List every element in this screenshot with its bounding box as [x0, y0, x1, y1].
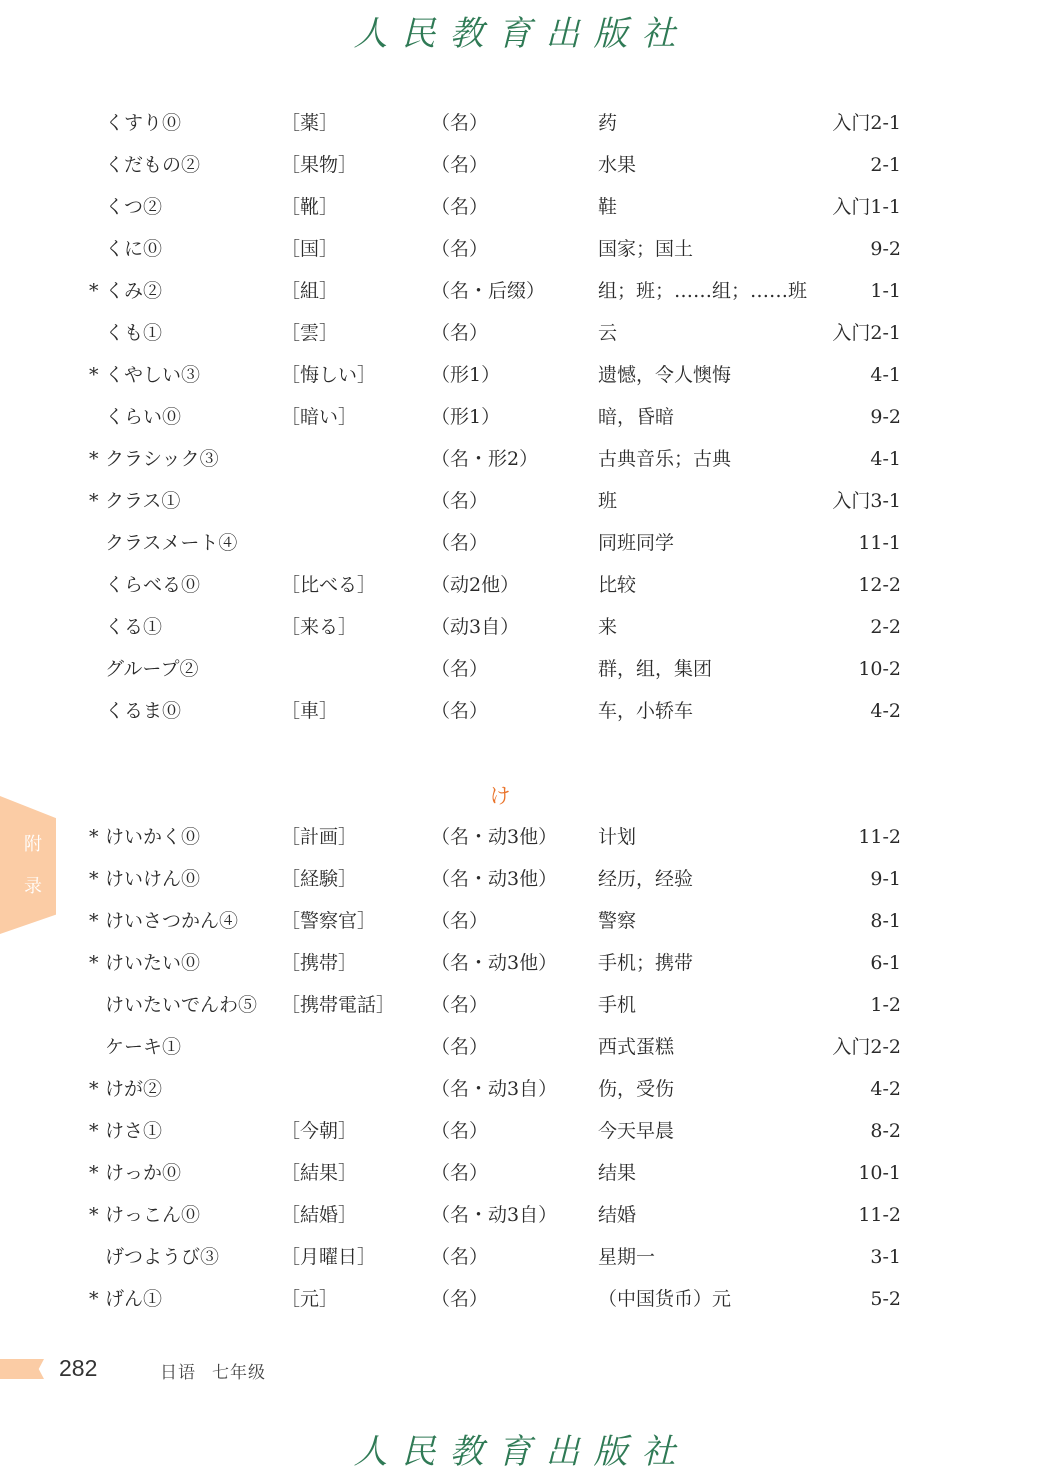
vocab-lesson: 3-1 — [870, 1236, 901, 1278]
vocab-row: *けいたい⓪［携帯］（名・动3他）手机；携带6-1 — [0, 942, 1043, 984]
vocab-kana: クラスメート④ — [105, 522, 237, 564]
vocab-meaning: 水果 — [598, 144, 636, 186]
vocab-meaning: 伤，受伤 — [598, 1068, 674, 1110]
vocab-lesson: 11-2 — [858, 1194, 901, 1236]
vocab-row: くらべる⓪［比べる］（动2他）比较12-2 — [0, 564, 1043, 606]
vocab-pos: （名） — [431, 1152, 488, 1194]
vocab-lesson: 入门2-1 — [832, 102, 901, 144]
book-title: 日语七年级 — [160, 1358, 266, 1383]
vocab-star: * — [89, 480, 105, 522]
vocab-kanji: ［経験］ — [281, 858, 357, 900]
vocab-kana: けいさつかん④ — [105, 900, 238, 942]
vocab-meaning: 古典音乐；古典 — [598, 438, 731, 480]
vocab-kana: けが② — [105, 1068, 162, 1110]
vocab-meaning: 计划 — [598, 816, 636, 858]
vocab-pos: （名） — [431, 1026, 488, 1068]
vocab-meaning: 结果 — [598, 1152, 636, 1194]
vocab-pos: （名） — [431, 480, 488, 522]
vocab-lesson: 10-2 — [858, 648, 901, 690]
vocab-kanji: ［車］ — [281, 690, 338, 732]
vocab-pos: （名・后缀） — [431, 270, 545, 312]
vocab-lesson: 6-1 — [870, 942, 901, 984]
vocab-pos: （名） — [431, 900, 488, 942]
vocab-lesson: 1-2 — [870, 984, 901, 1026]
vocab-kana: くらべる⓪ — [105, 564, 200, 606]
vocab-lesson: 11-1 — [858, 522, 901, 564]
vocab-lesson: 9-2 — [870, 228, 901, 270]
vocab-pos: （名・形2） — [431, 438, 538, 480]
vocab-meaning: 云 — [598, 312, 617, 354]
vocab-kanji: ［組］ — [281, 270, 338, 312]
vocab-row: *クラス①（名）班入门3-1 — [0, 480, 1043, 522]
vocab-lesson: 10-1 — [858, 1152, 901, 1194]
vocab-kana: くる① — [105, 606, 162, 648]
vocab-row: くつ②［靴］（名）鞋入门1-1 — [0, 186, 1043, 228]
vocab-kanji: ［元］ — [281, 1278, 338, 1320]
vocab-kana: けっか⓪ — [105, 1152, 181, 1194]
subject-label: 日语 — [160, 1363, 196, 1383]
vocab-lesson: 8-2 — [870, 1110, 901, 1152]
vocab-lesson: 8-1 — [870, 900, 901, 942]
vocab-kanji: ［暗い］ — [281, 396, 357, 438]
vocab-kana: グループ② — [105, 648, 198, 690]
vocab-lesson: 入门2-2 — [832, 1026, 901, 1068]
vocab-pos: （名） — [431, 102, 488, 144]
vocab-kanji: ［雲］ — [281, 312, 338, 354]
vocab-row: *けいさつかん④［警察官］（名）警察8-1 — [0, 900, 1043, 942]
vocab-kanji: ［靴］ — [281, 186, 338, 228]
vocab-pos: （动3自） — [431, 606, 519, 648]
vocab-row: くすり⓪［薬］（名）药入门2-1 — [0, 102, 1043, 144]
vocab-star: * — [89, 858, 105, 900]
vocab-pos: （名） — [431, 984, 488, 1026]
vocab-kana: クラス① — [105, 480, 180, 522]
vocab-row: クラスメート④（名）同班同学11-1 — [0, 522, 1043, 564]
vocab-meaning: 遗憾，令人懊悔 — [598, 354, 731, 396]
vocab-lesson: 9-1 — [870, 858, 901, 900]
vocab-meaning: 星期一 — [598, 1236, 655, 1278]
vocab-kanji: ［結果］ — [281, 1152, 357, 1194]
vocab-kana: けっこん⓪ — [105, 1194, 200, 1236]
vocab-kanji: ［携帯］ — [281, 942, 357, 984]
vocab-kanji: ［結婚］ — [281, 1194, 357, 1236]
vocab-pos: （名） — [431, 690, 488, 732]
vocab-kana: くるま⓪ — [105, 690, 181, 732]
vocab-pos: （名） — [431, 186, 488, 228]
vocab-lesson: 4-1 — [870, 438, 901, 480]
vocab-meaning: 班 — [598, 480, 617, 522]
vocab-lesson: 1-1 — [870, 270, 901, 312]
vocab-kana: くつ② — [105, 186, 162, 228]
vocab-pos: （名・动3他） — [431, 858, 557, 900]
vocab-pos: （名） — [431, 1278, 488, 1320]
vocab-row: *けっか⓪［結果］（名）结果10-1 — [0, 1152, 1043, 1194]
vocab-meaning: 警察 — [598, 900, 636, 942]
vocab-row: くる①［来る］（动3自）来2-2 — [0, 606, 1043, 648]
vocab-star: * — [89, 354, 105, 396]
vocab-lesson: 入门3-1 — [832, 480, 901, 522]
vocab-kanji: ［警察官］ — [281, 900, 376, 942]
vocab-pos: （名） — [431, 228, 488, 270]
publisher-logo-top: 人民教育出版社 — [0, 6, 1043, 55]
vocab-kana: けいたい⓪ — [105, 942, 200, 984]
vocab-kana: ケーキ① — [105, 1026, 181, 1068]
vocab-kana: くだもの② — [105, 144, 200, 186]
vocab-kana: けさ① — [105, 1110, 162, 1152]
vocab-row: *クラシック③（名・形2）古典音乐；古典4-1 — [0, 438, 1043, 480]
vocab-lesson: 2-2 — [870, 606, 901, 648]
vocab-star: * — [89, 438, 105, 480]
vocab-meaning: 手机 — [598, 984, 636, 1026]
vocab-lesson: 入门2-1 — [832, 312, 901, 354]
vocab-kanji: ［悔しい］ — [281, 354, 376, 396]
grade-label: 七年级 — [212, 1363, 266, 1383]
vocab-meaning: 国家；国土 — [598, 228, 693, 270]
vocab-pos: （名） — [431, 1236, 488, 1278]
vocab-meaning: 群，组，集团 — [598, 648, 712, 690]
vocab-star: * — [89, 1278, 105, 1320]
vocab-kanji: ［国］ — [281, 228, 338, 270]
vocab-lesson: 9-2 — [870, 396, 901, 438]
section-heading-ke: け — [0, 780, 1000, 810]
vocab-meaning: 西式蛋糕 — [598, 1026, 674, 1068]
vocab-kana: くすり⓪ — [105, 102, 181, 144]
vocab-kana: げん① — [105, 1278, 162, 1320]
vocab-meaning: （中国货币）元 — [598, 1278, 731, 1320]
vocab-meaning: 暗，昏暗 — [598, 396, 674, 438]
vocab-kana: けいたいでんわ⑤ — [105, 984, 257, 1026]
vocab-row: くらい⓪［暗い］（形1）暗，昏暗9-2 — [0, 396, 1043, 438]
vocab-row: くだもの②［果物］（名）水果2-1 — [0, 144, 1043, 186]
vocab-row: くに⓪［国］（名）国家；国土9-2 — [0, 228, 1043, 270]
vocab-star: * — [89, 1068, 105, 1110]
side-tab-char-1: 附 — [22, 830, 44, 856]
vocab-kanji: ［携帯電話］ — [281, 984, 395, 1026]
side-tab-char-2: 录 — [22, 872, 44, 898]
vocab-kana: くも① — [105, 312, 162, 354]
vocab-lesson: 5-2 — [870, 1278, 901, 1320]
vocab-kanji: ［果物］ — [281, 144, 357, 186]
vocab-pos: （名・动3他） — [431, 942, 557, 984]
vocab-meaning: 同班同学 — [598, 522, 674, 564]
vocab-kanji: ［今朝］ — [281, 1110, 357, 1152]
vocab-kana: クラシック③ — [105, 438, 219, 480]
vocab-row: げつようび③［月曜日］（名）星期一3-1 — [0, 1236, 1043, 1278]
vocab-kana: くらい⓪ — [105, 396, 181, 438]
vocab-lesson: 2-1 — [870, 144, 901, 186]
vocab-meaning: 鞋 — [598, 186, 617, 228]
vocab-row: *けが②（名・动3自）伤，受伤4-2 — [0, 1068, 1043, 1110]
vocab-star: * — [89, 270, 105, 312]
vocab-row: けいたいでんわ⑤［携帯電話］（名）手机1-2 — [0, 984, 1043, 1026]
page-number: 282 — [59, 1355, 97, 1382]
vocab-kana: くに⓪ — [105, 228, 162, 270]
vocab-meaning: 车，小轿车 — [598, 690, 693, 732]
appendix-side-tab: 附 录 — [0, 796, 56, 934]
vocab-lesson: 4-2 — [870, 1068, 901, 1110]
vocab-star: * — [89, 900, 105, 942]
vocab-row: *くやしい③［悔しい］（形1）遗憾，令人懊悔4-1 — [0, 354, 1043, 396]
vocab-meaning: 手机；携带 — [598, 942, 693, 984]
vocab-meaning: 药 — [598, 102, 617, 144]
vocab-row: *けさ①［今朝］（名）今天早晨8-2 — [0, 1110, 1043, 1152]
vocab-lesson: 4-2 — [870, 690, 901, 732]
vocab-lesson: 入门1-1 — [832, 186, 901, 228]
vocab-pos: （名・动3自） — [431, 1068, 557, 1110]
vocab-meaning: 结婚 — [598, 1194, 636, 1236]
vocab-pos: （名・动3他） — [431, 816, 557, 858]
vocab-lesson: 4-1 — [870, 354, 901, 396]
vocab-row: ケーキ①（名）西式蛋糕入门2-2 — [0, 1026, 1043, 1068]
vocab-kanji: ［計画］ — [281, 816, 357, 858]
footer-accent-bar — [0, 1359, 44, 1379]
vocab-kanji: ［来る］ — [281, 606, 357, 648]
vocab-pos: （名） — [431, 1110, 488, 1152]
vocab-row: グループ②（名）群，组，集团10-2 — [0, 648, 1043, 690]
vocab-row: *くみ②［組］（名・后缀）组；班；……组；……班1-1 — [0, 270, 1043, 312]
vocab-pos: （名） — [431, 144, 488, 186]
vocab-kanji: ［月曜日］ — [281, 1236, 376, 1278]
vocab-lesson: 11-2 — [858, 816, 901, 858]
vocab-row: *けいかく⓪［計画］（名・动3他）计划11-2 — [0, 816, 1043, 858]
vocab-pos: （名・动3自） — [431, 1194, 557, 1236]
vocab-pos: （形1） — [431, 396, 500, 438]
vocab-row: *けっこん⓪［結婚］（名・动3自）结婚11-2 — [0, 1194, 1043, 1236]
vocab-star: * — [89, 942, 105, 984]
vocab-meaning: 来 — [598, 606, 617, 648]
vocab-pos: （动2他） — [431, 564, 519, 606]
vocab-kana: くみ② — [105, 270, 162, 312]
vocab-kana: げつようび③ — [105, 1236, 219, 1278]
vocab-star: * — [89, 816, 105, 858]
vocab-row: くるま⓪［車］（名）车，小轿车4-2 — [0, 690, 1043, 732]
vocab-kana: くやしい③ — [105, 354, 200, 396]
vocab-star: * — [89, 1194, 105, 1236]
vocab-row: *げん①［元］（名）（中国货币）元5-2 — [0, 1278, 1043, 1320]
vocab-row: くも①［雲］（名）云入门2-1 — [0, 312, 1043, 354]
vocab-meaning: 今天早晨 — [598, 1110, 674, 1152]
vocab-meaning: 组；班；……组；……班 — [598, 270, 807, 312]
publisher-logo-bottom: 人民教育出版社 — [0, 1424, 1043, 1473]
vocab-star: * — [89, 1152, 105, 1194]
vocab-kanji: ［薬］ — [281, 102, 338, 144]
vocab-kana: けいけん⓪ — [105, 858, 200, 900]
vocab-meaning: 经历，经验 — [598, 858, 693, 900]
vocab-row: *けいけん⓪［経験］（名・动3他）经历，经验9-1 — [0, 858, 1043, 900]
vocab-kana: けいかく⓪ — [105, 816, 200, 858]
vocab-star: * — [89, 1110, 105, 1152]
vocab-lesson: 12-2 — [858, 564, 901, 606]
vocab-kanji: ［比べる］ — [281, 564, 376, 606]
vocab-pos: （形1） — [431, 354, 500, 396]
vocab-pos: （名） — [431, 522, 488, 564]
vocab-pos: （名） — [431, 648, 488, 690]
vocab-pos: （名） — [431, 312, 488, 354]
vocab-meaning: 比较 — [598, 564, 636, 606]
